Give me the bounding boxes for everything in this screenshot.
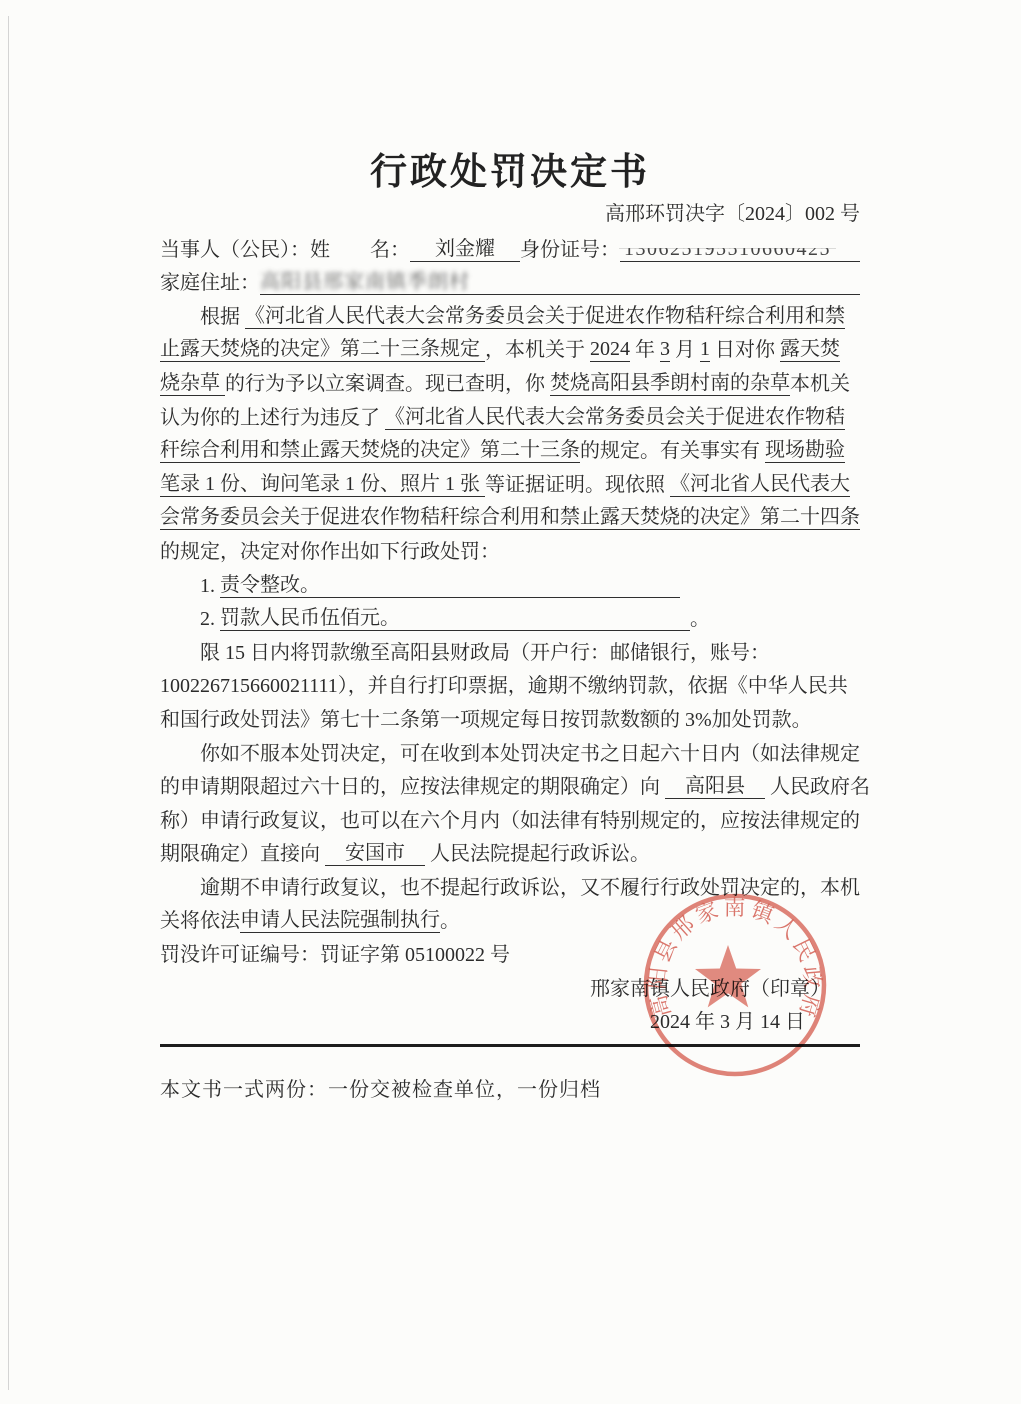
doc-line: 当事人（公民）：姓 名： 刘金耀 身份证号：130625195510660425 [160,231,860,265]
doc-line: 限 15 日内将罚款缴至高阳县财政局（开户行：邮储银行，账号： [160,634,860,668]
text-run: 的规定，决定对你作出如下行政处罚： [160,535,500,564]
text-run: 罚没许可证编号：罚证字第 05100022 号 [160,938,510,967]
text-run: 当事人（公民）：姓 名： [160,233,410,262]
doc-line: 的申请期限超过六十日的，应按法律规定的期限确定）向 高阳县 人民政府名 [160,769,860,803]
blank-underline [320,574,680,598]
underlined-text: 烧杂草 [160,366,225,396]
doc-line: 称）申请行政复议，也可以在六个月内（如法律有特别规定的，应按法律规定的 [160,802,860,836]
text-run: 的规定。有关事实有 [580,434,765,463]
date-line: 2024 年 3 月 14 日 [160,1004,860,1038]
doc-line: 家庭住址：高阳县邢家南镇季朗村 [160,265,860,299]
doc-line: 罚没许可证编号：罚证字第 05100022 号 [160,936,860,970]
underlined-text: 罚款人民币伍佰元。 [220,601,400,631]
doc-line: 笔录 1 份、询问笔录 1 份、照片 1 张 等证据证明。现依照 《河北省人民代… [160,466,860,500]
text-run: 认为你的上述行为违反了 [160,401,385,430]
doc-line: 2. 罚款人民币伍佰元。。 [160,601,860,635]
doc-line: 会常务委员会关于促进农作物秸秆综合利用和禁止露天焚烧的决定》第二十四条 [160,500,860,534]
text-run: 。 [440,904,460,933]
text-run: 人民法院提起行政诉讼。 [425,837,650,866]
doc-line: 秆综合利用和禁止露天焚烧的决定》第二十三条的规定。有关事实有 现场勘验 [160,433,860,467]
doc-line: 你如不服本处罚决定，可在收到本处罚决定书之日起六十日内（如法律规定 [160,735,860,769]
underlined-text: 《河北省人民代表大会常务委员会关于促进农作物秸 [385,400,845,430]
doc-line: 根据 《河北省人民代表大会常务委员会关于促进农作物秸秆综合利用和禁 [160,298,860,332]
underlined-text: 1 [700,338,710,362]
text-run: 邢家南镇人民政府（印章） [590,972,830,1001]
redacted-id-number: 130625195510660425 [620,238,835,262]
text-run: 本机关 [790,367,850,396]
underlined-text: 3 [660,338,670,362]
signature-line: 邢家南镇人民政府（印章） [160,970,860,1004]
underlined-text: 笔录 1 份、询问笔录 1 份、照片 1 张 [160,467,485,497]
text-run: 身份证号： [520,233,620,262]
doc-line: 1. 责令整改。 [160,567,860,601]
underlined-text: 止露天焚烧的决定》第二十三条规定 [160,332,485,362]
text-run: 家庭住址： [160,266,260,295]
underlined-text: 高阳县 [665,769,765,799]
doc-line: 关将依法申请人民法院强制执行。 [160,903,860,937]
doc-line: 的规定，决定对你作出如下行政处罚： [160,533,860,567]
underlined-text: 刘金耀 [410,232,520,262]
blank-underline [470,271,860,295]
underlined-text: 责令整改。 [220,568,320,598]
document-content: 行政处罚决定书 高邢环罚决字〔2024〕002 号 当事人（公民）：姓 名： 刘… [160,0,860,1102]
document-number: 高邢环罚决字〔2024〕002 号 [160,198,860,231]
underlined-text: 《河北省人民代表大 [670,467,850,497]
text-run: 和国行政处罚法》第七十二条第一项规定每日按罚款数额的 3%加处罚款。 [160,703,812,732]
blank-underline [400,607,690,631]
underlined-text: 现场勘验 [765,433,845,463]
text-run: 的行为予以立案调查。现已查明，你 [225,367,550,396]
text-run: 的申请期限超过六十日的，应按法律规定的期限确定）向 [160,770,665,799]
doc-line: 100226715660021111），并自行打印票据，逾期不缴纳罚款，依据《中… [160,668,860,702]
text-run: 100226715660021111），并自行打印票据，逾期不缴纳罚款，依据《中… [160,669,848,698]
doc-line: 逾期不申请行政复议，也不提起行政诉讼，又不履行行政处罚决定的，本机 [160,869,860,903]
doc-line: 烧杂草 的行为予以立案调查。现已查明，你 焚烧高阳县季朗村南的杂草本机关 [160,365,860,399]
text-run: 日对你 [710,333,780,362]
text-run: 2. [160,602,220,631]
blurred-address: 高阳县邢家南镇季朗村 [260,265,470,295]
scan-edge-artifact [8,16,9,1390]
footer-divider [160,1044,860,1047]
text-run: 年 [630,333,660,362]
text-run: 1. [160,569,220,598]
underlined-text: 《河北省人民代表大会常务委员会关于促进农作物秸秆综合利用和禁 [245,299,845,329]
underlined-text: 2024 [590,338,630,362]
text-run: 等证据证明。现依照 [485,468,670,497]
scanned-document-page: 行政处罚决定书 高邢环罚决字〔2024〕002 号 当事人（公民）：姓 名： 刘… [0,0,1021,1404]
footer-note: 本文书一式两份：一份交被检查单位，一份归档 [160,1073,860,1102]
text-run: 根据 [160,300,245,329]
doc-line: 止露天焚烧的决定》第二十三条规定 ，本机关于 2024 年 3 月 1 日对你 … [160,332,860,366]
underlined-text: 秆综合利用和禁止露天焚烧的决定》第二十三条 [160,433,580,463]
underlined-text: 安国市 [325,836,425,866]
blank-underline [835,238,860,262]
text-run: 期限确定）直接向 [160,837,325,866]
document-body: 当事人（公民）：姓 名： 刘金耀 身份证号：130625195510660425… [160,231,860,1037]
text-run: 2024 年 3 月 14 日 [650,1005,805,1034]
underlined-text: 申请人民法院强制执行 [240,903,440,933]
doc-line: 期限确定）直接向 安国市 人民法院提起行政诉讼。 [160,836,860,870]
text-run: 关将依法 [160,904,240,933]
text-run: 逾期不申请行政复议，也不提起行政诉讼，又不履行行政处罚决定的，本机 [160,871,860,900]
text-run: 月 [670,333,700,362]
text-run: 称）申请行政复议，也可以在六个月内（如法律有特别规定的，应按法律规定的 [160,804,860,833]
underlined-text: 露天焚 [780,332,840,362]
underlined-text: 会常务委员会关于促进农作物秸秆综合利用和禁止露天焚烧的决定》第二十四条 [160,500,860,530]
doc-line: 认为你的上述行为违反了 《河北省人民代表大会常务委员会关于促进农作物秸 [160,399,860,433]
text-run: 。 [690,602,710,631]
text-run: 限 15 日内将罚款缴至高阳县财政局（开户行：邮储银行，账号： [160,636,770,665]
doc-line: 和国行政处罚法》第七十二条第一项规定每日按罚款数额的 3%加处罚款。 [160,701,860,735]
document-title: 行政处罚决定书 [160,150,860,194]
underlined-text: 焚烧高阳县季朗村南的杂草 [550,366,790,396]
text-run: 人民政府名 [765,770,870,799]
text-run: ，本机关于 [485,333,590,362]
text-run: 你如不服本处罚决定，可在收到本处罚决定书之日起六十日内（如法律规定 [160,737,860,766]
